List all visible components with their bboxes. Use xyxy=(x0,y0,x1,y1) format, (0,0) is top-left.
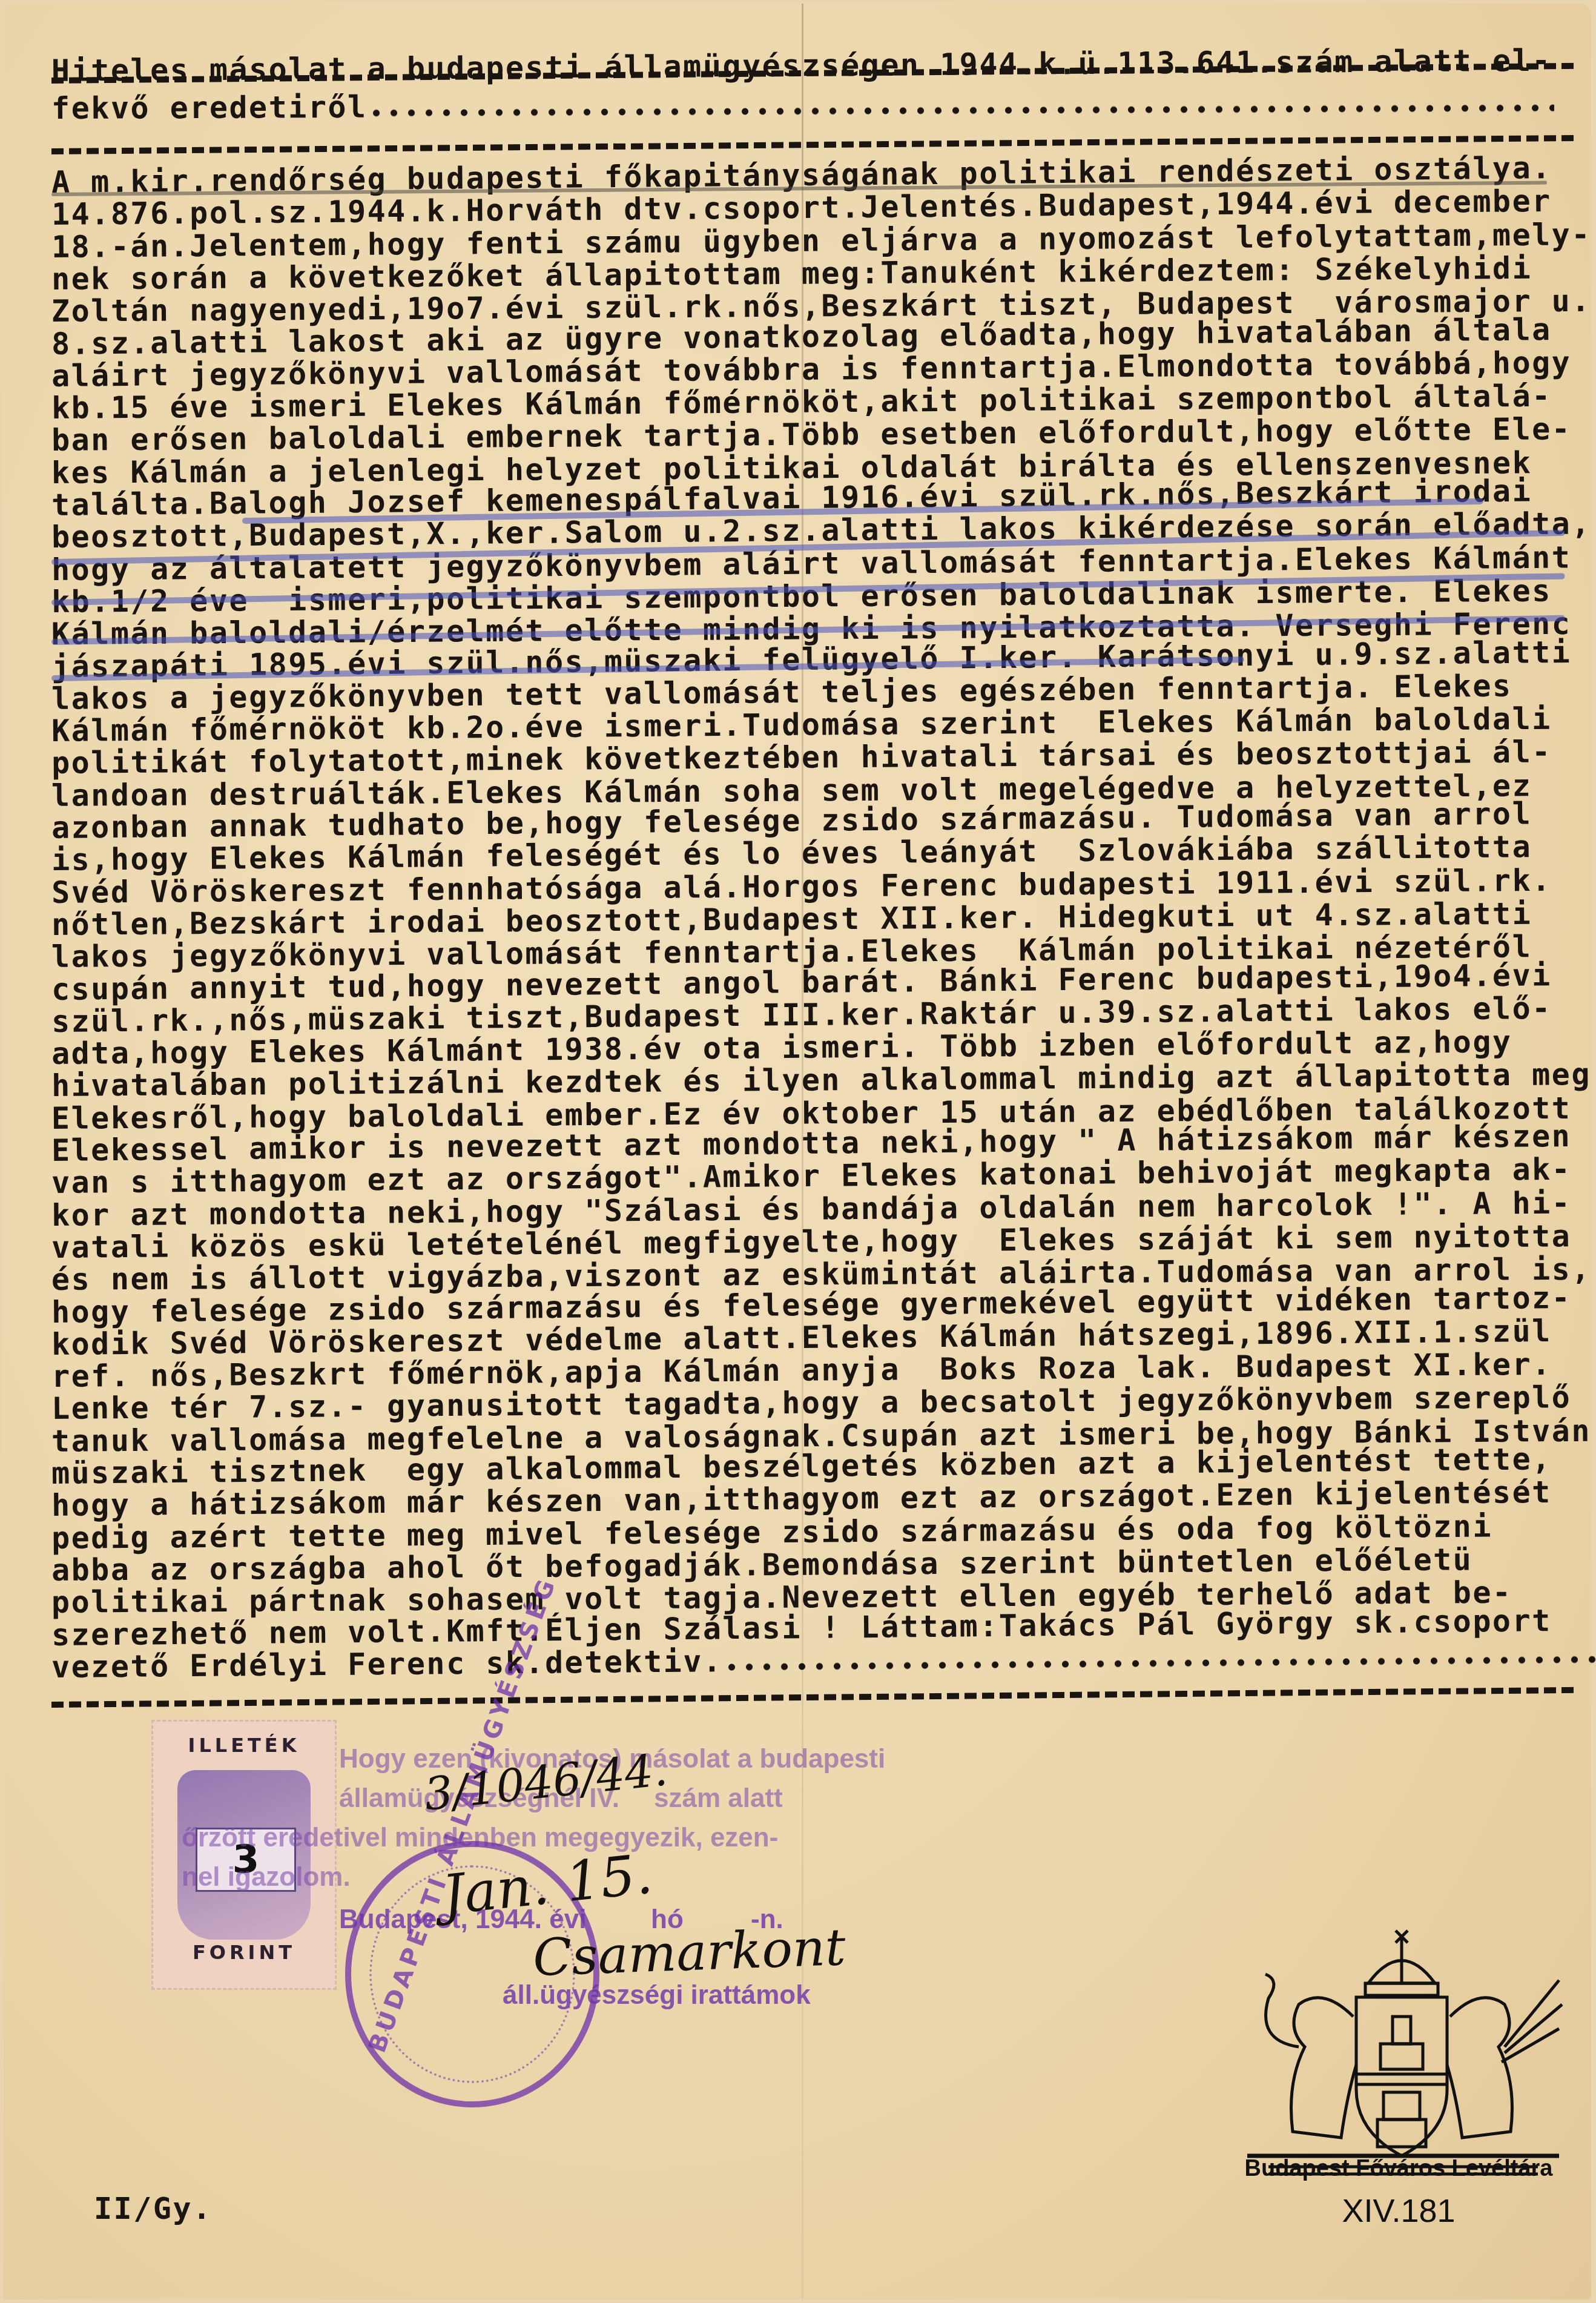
revenue-stamp-currency: FORINT xyxy=(153,1941,335,1964)
revenue-stamp: ILLETÉK 3 FORINT xyxy=(151,1720,337,1990)
archive-name: Budapest Főváros Levéltára xyxy=(1211,2156,1586,2182)
header-line-2: fekvő eredetiről xyxy=(51,84,1554,126)
dot-leader xyxy=(722,1655,1596,1671)
dot-leader xyxy=(368,104,1554,117)
certification-line-5: nel igazolom. xyxy=(182,1862,351,1892)
budapest-coat-of-arms-icon xyxy=(1232,1926,1571,2186)
handwritten-signature: Csamarkont xyxy=(532,1917,846,1987)
revenue-stamp-title: ILLETÉK xyxy=(153,1734,335,1757)
certification-line-3: szám alatt xyxy=(654,1783,783,1814)
report-line-text: vezető Erdélyi Ferenc sk.detektiv. xyxy=(51,1644,723,1685)
header-line-2-text: fekvő eredetiről xyxy=(51,90,368,126)
archive-reference: XIV.181 xyxy=(1211,2192,1586,2230)
typist-initials: II/Gy. xyxy=(94,2191,213,2226)
